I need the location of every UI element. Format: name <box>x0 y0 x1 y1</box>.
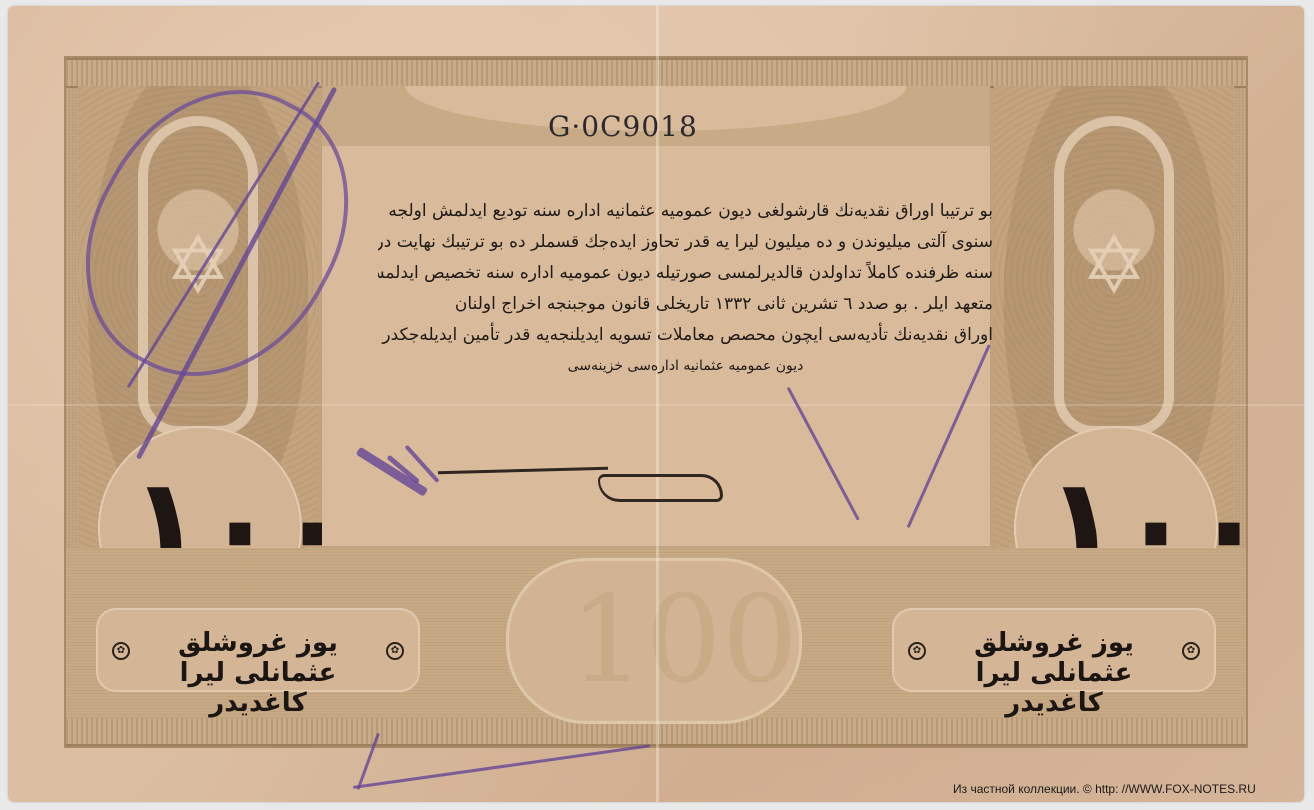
center-medallion: 100 <box>506 558 802 724</box>
denomination-label-box-right: ✿ یوز غروشلق عثمانلی لیرا کاغدیدر ✿ <box>892 608 1216 692</box>
text-line: اوراق نقدیه‌نك تأدیه‌سی ایچون محصص معامل… <box>378 320 993 351</box>
text-line: دیون عمومیه عثمانیه اداره‌سی خزینه‌سی <box>378 351 993 382</box>
ink-mark <box>353 744 650 789</box>
text-line: متعهد ایلر . بو صدد ٦ تشرین ثانی ۱۳۳۲ تا… <box>378 289 993 320</box>
text-line: سنوی آلتی میلیوندن و ده میلیون لیرا یه ق… <box>378 227 993 258</box>
collection-caption: Из частной коллекции. © http: //WWW.FOX-… <box>953 782 1256 796</box>
watermark-numeral: 100 <box>569 571 739 711</box>
text-line: بو ترتیبا اوراق نقدیه‌نك قارشولغی دیون ع… <box>378 196 993 227</box>
banknote: ✡ ١٠٠ ✡ ١٠٠ ✿ یوز غروشلق عثمانلی لیرا کا… <box>8 6 1304 802</box>
obligation-text: بو ترتیبا اوراق نقدیه‌نك قارشولغی دیون ع… <box>378 196 993 382</box>
serial-number: G·0C9018 <box>548 110 698 143</box>
rosette-icon: ✿ <box>386 642 404 660</box>
denomination-label-right: یوز غروشلق عثمانلی لیرا کاغدیدر <box>934 628 1174 718</box>
denomination-label-box-left: ✿ یوز غروشلق عثمانلی لیرا کاغدیدر ✿ <box>96 608 420 692</box>
rosette-icon: ✿ <box>908 642 926 660</box>
signature-flourish <box>598 474 723 502</box>
rosette-icon: ✿ <box>1182 642 1200 660</box>
right-ornament-panel: ✡ ١٠٠ <box>994 86 1234 566</box>
star-ornament-icon: ✡ <box>1074 226 1154 306</box>
fold-crease <box>8 404 1304 406</box>
text-line: سنه ظرفنده کاملاً تداولدن قالدیرلمسی صور… <box>378 258 993 289</box>
denomination-label-left: یوز غروشلق عثمانلی لیرا کاغدیدر <box>138 628 378 718</box>
rosette-icon: ✿ <box>112 642 130 660</box>
